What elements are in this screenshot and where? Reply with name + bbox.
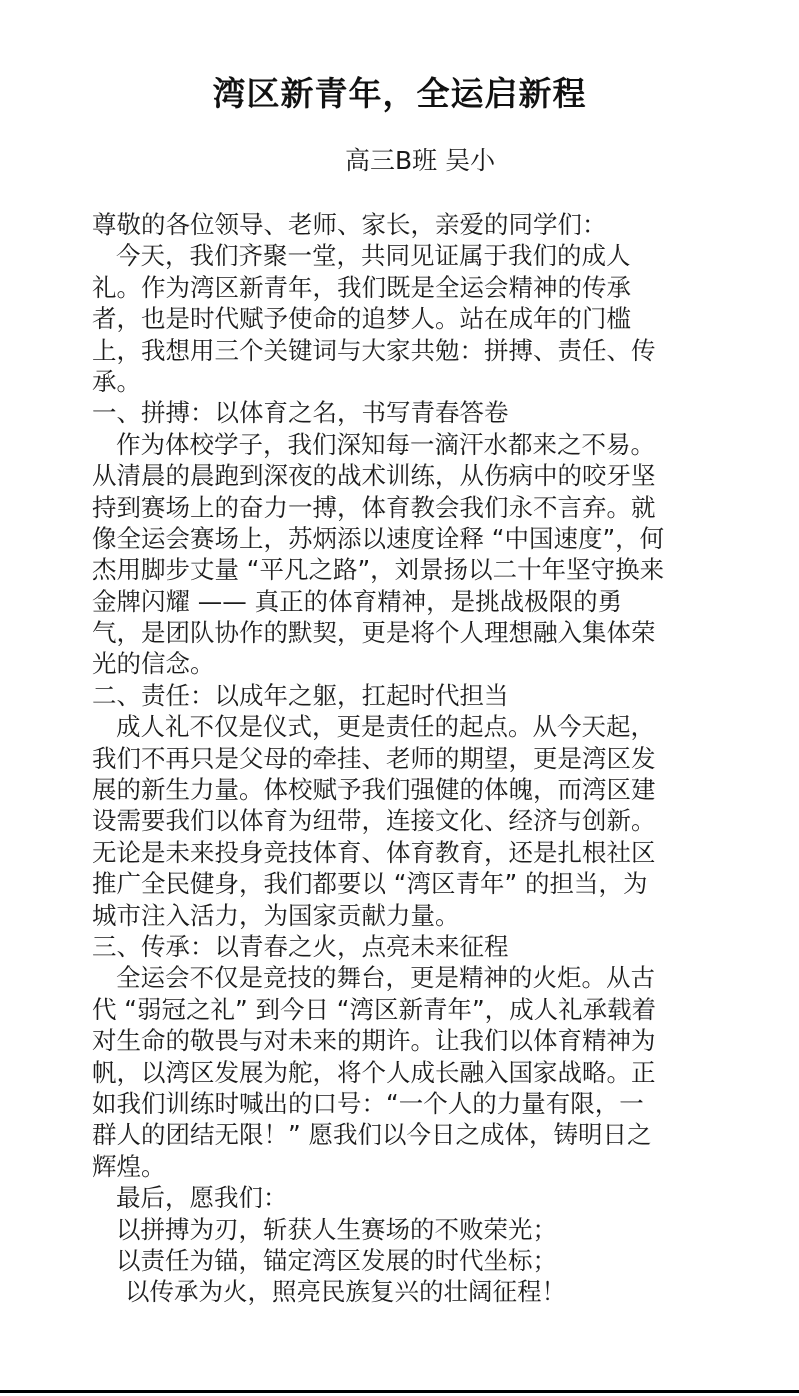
text-line: 设需要我们以体育为纽带，连接文化、经济与创新。	[92, 805, 732, 836]
document-title: 湾区新青年，全运启新程	[0, 68, 799, 115]
text-line: 帆，以湾区发展为舵，将个人成长融入国家战略。正	[92, 1057, 732, 1088]
text-line: 以责任为锚，锚定湾区发展的时代坐标；	[92, 1245, 732, 1276]
text-line: 以拼搏为刃，斩获人生赛场的不败荣光；	[92, 1214, 732, 1245]
text-line: 推广全民健身，我们都要以 “湾区青年” 的担当，为	[92, 868, 732, 899]
text-line: 像全运会赛场上，苏炳添以速度诠释 “中国速度”，何	[92, 523, 732, 554]
text-line: 全运会不仅是竞技的舞台，更是精神的火炬。从古	[92, 962, 732, 993]
text-line: 承。	[92, 366, 732, 397]
text-line: 以传承为火，照亮民族复兴的壮阔征程！	[92, 1276, 732, 1307]
text-line: 辉煌。	[92, 1151, 732, 1182]
text-line: 金牌闪耀 —— 真正的体育精神，是挑战极限的勇	[92, 586, 732, 617]
text-line: 杰用脚步丈量 “平凡之路”，刘景扬以二十年坚守换来	[92, 554, 732, 585]
text-line: 上，我想用三个关键词与大家共勉：拼搏、责任、传	[92, 335, 732, 366]
text-line: 城市注入活力，为国家贡献力量。	[92, 900, 732, 931]
text-line: 我们不再只是父母的牵挂、老师的期望，更是湾区发	[92, 743, 732, 774]
speech-body: 尊敬的各位领导、老师、家长，亲爱的同学们： 今天，我们齐聚一堂，共同见证属于我们…	[92, 209, 732, 1308]
text-line: 光的信念。	[92, 648, 732, 679]
section-heading: 二、责任：以成年之躯，扛起时代担当	[92, 680, 732, 711]
text-line: 作为体校学子，我们深知每一滴汗水都来之不易。	[92, 429, 732, 460]
text-line: 群人的团结无限！” 愿我们以今日之成体，铸明日之	[92, 1119, 732, 1150]
text-line: 代 “弱冠之礼” 到今日 “湾区新青年”，成人礼承载着	[92, 994, 732, 1025]
text-line: 展的新生力量。体校赋予我们强健的体魄，而湾区建	[92, 774, 732, 805]
text-line: 持到赛场上的奋力一搏，体育教会我们永不言弃。就	[92, 492, 732, 523]
text-line: 成人礼不仅是仪式，更是责任的起点。从今天起，	[92, 711, 732, 742]
text-line: 气，是团队协作的默契，更是将个人理想融入集体荣	[92, 617, 732, 648]
text-line: 无论是未来投身竞技体育、体育教育，还是扎根社区	[92, 837, 732, 868]
speech-document: 湾区新青年，全运启新程 高三B班 吴小 尊敬的各位领导、老师、家长，亲爱的同学们…	[0, 0, 799, 1393]
text-line: 对生命的敬畏与对未来的期许。让我们以体育精神为	[92, 1025, 732, 1056]
text-line: 者，也是时代赋予使命的追梦人。站在成年的门槛	[92, 303, 732, 334]
salutation: 尊敬的各位领导、老师、家长，亲爱的同学们：	[92, 209, 732, 240]
text-line: 如我们训练时喊出的口号：“一个人的力量有限，一	[92, 1088, 732, 1119]
text-line: 今天，我们齐聚一堂，共同见证属于我们的成人	[92, 240, 732, 271]
text-line: 礼。作为湾区新青年，我们既是全运会精神的传承	[92, 272, 732, 303]
speech-paragraphs: 今天，我们齐聚一堂，共同见证属于我们的成人礼。作为湾区新青年，我们既是全运会精神…	[92, 240, 732, 1307]
author-byline: 高三B班 吴小	[345, 141, 495, 177]
text-line: 最后，愿我们：	[92, 1182, 732, 1213]
section-heading: 三、传承：以青春之火，点亮未来征程	[92, 931, 732, 962]
text-line: 从清晨的晨跑到深夜的战术训练，从伤病中的咬牙坚	[92, 460, 732, 491]
bottom-divider	[0, 1390, 799, 1393]
section-heading: 一、拼搏：以体育之名，书写青春答卷	[92, 397, 732, 428]
